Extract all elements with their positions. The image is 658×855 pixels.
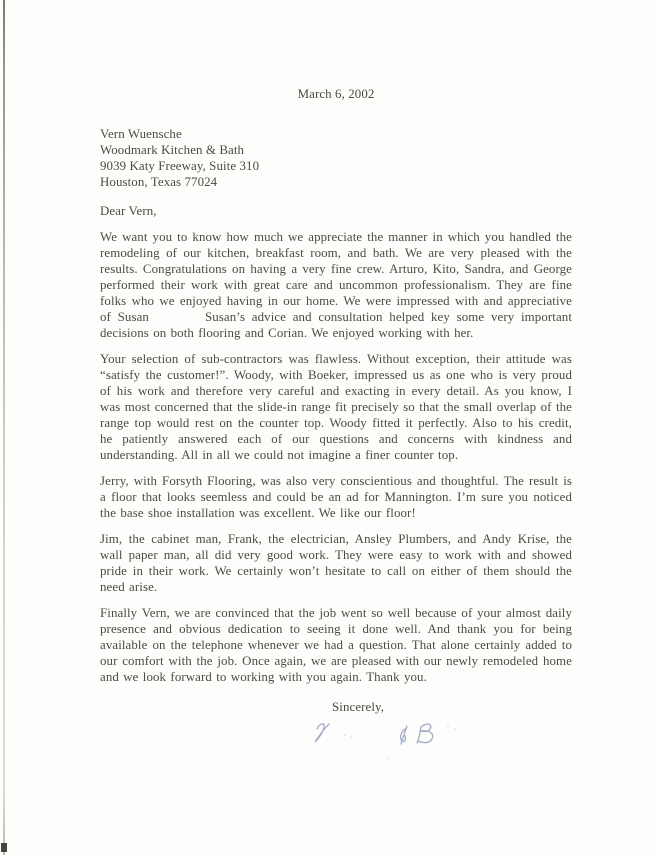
recipient-street: 9039 Katy Freeway, Suite 310 bbox=[100, 158, 572, 174]
signature-speck bbox=[387, 757, 389, 759]
paragraph-1: We want you to know how much we apprecia… bbox=[100, 229, 572, 341]
paragraph-4: Jim, the cabinet man, Frank, the electri… bbox=[100, 531, 572, 595]
signature-speck bbox=[454, 728, 455, 729]
salutation: Dear Vern, bbox=[100, 203, 572, 219]
signature-stroke-e bbox=[417, 724, 433, 743]
signature-speck bbox=[350, 736, 351, 737]
signature-speck bbox=[344, 734, 346, 736]
paragraph-2: Your selection of sub-contractors was fl… bbox=[100, 351, 572, 463]
paragraph-5: Finally Vern, we are convinced that the … bbox=[100, 605, 572, 685]
recipient-address-block: Vern Wuensche Woodmark Kitchen & Bath 90… bbox=[100, 126, 572, 190]
signature-stroke-v bbox=[315, 724, 329, 742]
scan-edge-artifact bbox=[3, 0, 5, 855]
handwritten-signature bbox=[298, 718, 483, 766]
paragraph-3: Jerry, with Forsyth Flooring, was also v… bbox=[100, 473, 572, 521]
signature-speck bbox=[447, 725, 449, 727]
recipient-city-state-zip: Houston, Texas 77024 bbox=[100, 174, 572, 190]
recipient-name: Vern Wuensche bbox=[100, 126, 572, 142]
signature-stroke-amp bbox=[401, 726, 407, 744]
scan-corner-mark bbox=[1, 843, 7, 852]
paragraph-1-text-after-redaction: Susan’s advice and consultation helped k… bbox=[100, 310, 572, 340]
redacted-name-gap bbox=[149, 320, 205, 321]
closing: Sincerely, bbox=[332, 699, 572, 715]
letter-content: March 6, 2002 Vern Wuensche Woodmark Kit… bbox=[100, 0, 572, 770]
recipient-company: Woodmark Kitchen & Bath bbox=[100, 142, 572, 158]
scanned-letter-page: March 6, 2002 Vern Wuensche Woodmark Kit… bbox=[0, 0, 658, 855]
letter-date: March 6, 2002 bbox=[100, 86, 572, 102]
